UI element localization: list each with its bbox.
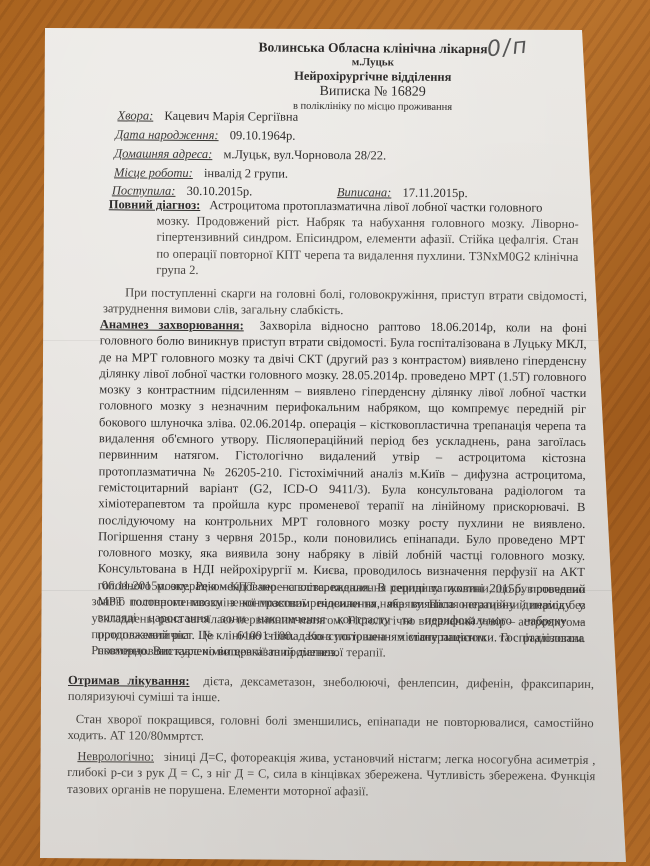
full-diagnosis: Повний діагноз: Астроцитома протоплазмат… — [108, 196, 579, 281]
diagnosis-label: Повний діагноз: — [109, 197, 201, 212]
address-field: Домашняя адреса: м.Луцьк, вул.Чорновола … — [114, 146, 386, 163]
workplace-field: Місце роботи: інвалід 2 групи. — [114, 165, 288, 181]
treatment-label: Отримав лікування: — [68, 673, 190, 688]
workplace-label: Місце роботи: — [114, 165, 193, 180]
condition-paragraph: Стан хворої покращився, головні болі зме… — [68, 711, 594, 748]
workplace-value: інвалід 2 групи. — [204, 166, 288, 181]
dob-value: 09.10.1964р. — [230, 128, 296, 143]
anamnesis-label: Анамнез захворювання: — [100, 317, 244, 332]
complaints-paragraph: При поступленні скарги на головні болі, … — [103, 284, 587, 320]
neurological-paragraph: Неврологічно: зіниці Д=С, фотореакція жи… — [67, 748, 595, 801]
handwritten-note: 0/п — [486, 33, 530, 62]
neurological-label: Неврологічно: — [77, 749, 154, 764]
diagnosis-text: мозку. Продовжений ріст. Набряк та набух… — [108, 212, 578, 281]
discharge-summary: Волинська Обласна клінічна лікарня м.Луц… — [0, 0, 650, 866]
operation-paragraph: 06.11.2015р. операція – КПТ черепа зліва… — [91, 577, 586, 662]
diagnosis-first-line: Астроцитома протоплазматична лівої лобно… — [209, 198, 542, 215]
address-value: м.Луцьк, вул.Чорновола 28/22. — [223, 147, 386, 162]
dob-field: Дата народження: 09.10.1964р. — [115, 127, 295, 143]
address-label: Домашняя адреса: — [114, 146, 212, 161]
patient-name: Кацевич Марія Сергіївна — [164, 109, 298, 124]
dob-label: Дата народження: — [115, 127, 218, 142]
treatment-paragraph: Отримав лікування: дієта, дексаметазон, … — [68, 672, 594, 709]
patient-name-field: Хвора: Кацевич Марія Сергіївна — [117, 108, 298, 124]
patient-name-label: Хвора: — [117, 108, 153, 122]
